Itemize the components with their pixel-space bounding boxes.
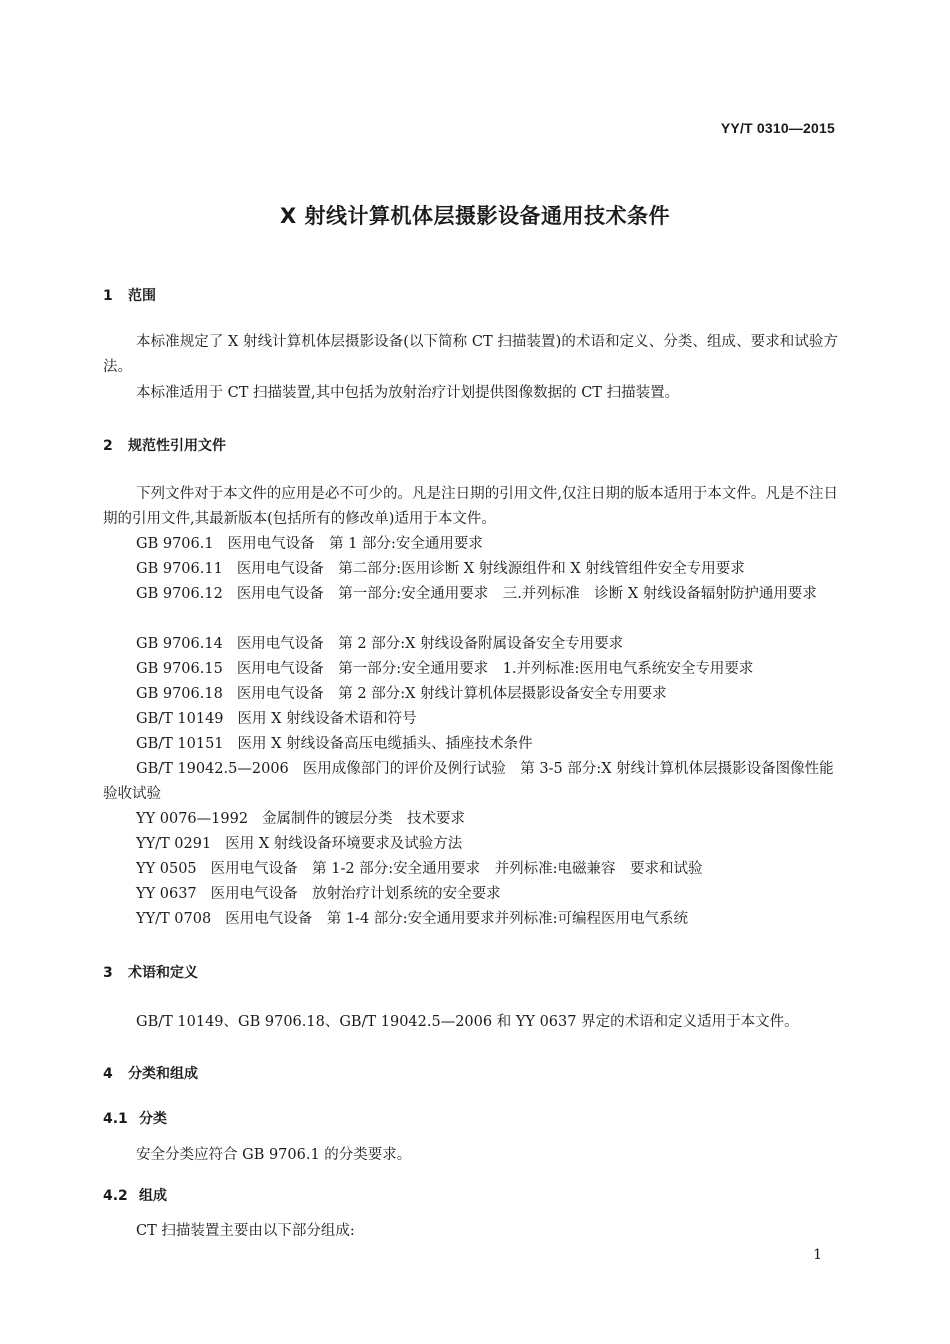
section-title: 范围 xyxy=(128,288,156,304)
reference-item: YY/T 0708医用电气设备 第 1-4 部分:安全通用要求并列标准:可编程医… xyxy=(103,907,838,932)
reference-item: GB 9706.1医用电气设备 第 1 部分:安全通用要求 xyxy=(103,532,838,557)
reference-title: 医用电气设备 第 1-2 部分:安全通用要求 并列标准:电磁兼容 要求和试验 xyxy=(211,861,703,877)
reference-item: YY 0637医用电气设备 放射治疗计划系统的安全要求 xyxy=(103,882,838,907)
reference-title: 医用 X 射线设备环境要求及试验方法 xyxy=(225,836,462,852)
reference-code: YY/T 0708 xyxy=(136,911,211,927)
reference-code: GB 9706.12 xyxy=(136,586,223,602)
reference-code: GB/T 10149 xyxy=(136,711,224,727)
scope-paragraph-2: 本标准适用于 CT 扫描装置,其中包括为放射治疗计划提供图像数据的 CT 扫描装… xyxy=(103,381,838,406)
composition-paragraph: CT 扫描装置主要由以下部分组成: xyxy=(103,1219,838,1244)
scope-paragraph-1: 本标准规定了 X 射线计算机体层摄影设备(以下简称 CT 扫描装置)的术语和定义… xyxy=(103,330,838,380)
section-number: 4 xyxy=(103,1066,128,1082)
reference-code: GB 9706.1 xyxy=(136,536,214,552)
reference-title: 医用电气设备 第 2 部分:X 射线设备附属设备安全专用要求 xyxy=(237,636,623,652)
reference-code: GB 9706.18 xyxy=(136,686,223,702)
section-number: 1 xyxy=(103,288,128,304)
section-number: 3 xyxy=(103,965,128,981)
reference-title: 医用电气设备 第 2 部分:X 射线计算机体层摄影设备安全专用要求 xyxy=(237,686,667,702)
reference-code: GB 9706.15 xyxy=(136,661,223,677)
classification-paragraph: 安全分类应符合 GB 9706.1 的分类要求。 xyxy=(103,1143,838,1168)
section-title: 分类 xyxy=(139,1111,167,1127)
terms-paragraph: GB/T 10149、GB 9706.18、GB/T 19042.5—2006 … xyxy=(103,1010,838,1035)
reference-item: GB 9706.11医用电气设备 第二部分:医用诊断 X 射线源组件和 X 射线… xyxy=(103,557,838,582)
section-2-heading: 2规范性引用文件 xyxy=(103,435,226,455)
reference-item: YY/T 0291医用 X 射线设备环境要求及试验方法 xyxy=(103,832,838,857)
document-title: X 射线计算机体层摄影设备通用技术条件 xyxy=(0,200,950,230)
page-number: 1 xyxy=(813,1247,822,1263)
section-title: 组成 xyxy=(139,1188,167,1204)
section-4-2-heading: 4.2组成 xyxy=(103,1185,167,1205)
reference-title: 医用电气设备 放射治疗计划系统的安全要求 xyxy=(211,886,501,902)
reference-item: GB/T 19042.5—2006医用成像部门的评价及例行试验 第 3-5 部分… xyxy=(103,757,838,807)
section-title: 规范性引用文件 xyxy=(128,438,226,454)
reference-title: 金属制件的镀层分类 技术要求 xyxy=(262,811,465,827)
reference-item: YY 0505医用电气设备 第 1-2 部分:安全通用要求 并列标准:电磁兼容 … xyxy=(103,857,838,882)
reference-code: GB/T 10151 xyxy=(136,736,224,752)
section-4-1-heading: 4.1分类 xyxy=(103,1108,167,1128)
reference-item: GB 9706.18医用电气设备 第 2 部分:X 射线计算机体层摄影设备安全专… xyxy=(103,682,838,707)
section-title: 术语和定义 xyxy=(128,965,198,981)
reference-title: 医用电气设备 第 1 部分:安全通用要求 xyxy=(228,536,483,552)
section-4-heading: 4分类和组成 xyxy=(103,1063,198,1083)
section-number: 2 xyxy=(103,438,128,454)
references-intro: 下列文件对于本文件的应用是必不可少的。凡是注日期的引用文件,仅注日期的版本适用于… xyxy=(103,482,838,532)
reference-title: 医用电气设备 第一部分:安全通用要求 三.并列标准 诊断 X 射线设备辐射防护通… xyxy=(237,586,817,602)
reference-title: 医用电气设备 第一部分:安全通用要求 1.并列标准:医用电气系统安全专用要求 xyxy=(237,661,754,677)
reference-item: GB/T 10151医用 X 射线设备高压电缆插头、插座技术条件 xyxy=(103,732,838,757)
reference-item: GB/T 10149医用 X 射线设备术语和符号 xyxy=(103,707,838,732)
section-title: 分类和组成 xyxy=(128,1066,198,1082)
reference-title: 医用电气设备 第二部分:医用诊断 X 射线源组件和 X 射线管组件安全专用要求 xyxy=(237,561,745,577)
reference-title: 医用 X 射线设备术语和符号 xyxy=(238,711,417,727)
section-number: 4.1 xyxy=(103,1111,139,1127)
section-number: 4.2 xyxy=(103,1188,139,1204)
reference-code: GB/T 19042.5—2006 xyxy=(136,761,289,777)
reference-item: GB 9706.15医用电气设备 第一部分:安全通用要求 1.并列标准:医用电气… xyxy=(103,657,838,682)
reference-code: YY 0505 xyxy=(136,861,197,877)
reference-item: YY 0076—1992金属制件的镀层分类 技术要求 xyxy=(103,807,838,832)
reference-code: YY 0637 xyxy=(136,886,197,902)
reference-code: GB 9706.14 xyxy=(136,636,223,652)
reference-title: 医用 X 射线设备高压电缆插头、插座技术条件 xyxy=(238,736,533,752)
reference-code: GB 9706.11 xyxy=(136,561,223,577)
standard-code: YY/T 0310—2015 xyxy=(721,120,835,136)
section-1-heading: 1范围 xyxy=(103,285,156,305)
reference-code: YY/T 0291 xyxy=(136,836,211,852)
reference-code: YY 0076—1992 xyxy=(136,811,248,827)
section-3-heading: 3术语和定义 xyxy=(103,962,198,982)
reference-item: GB 9706.12医用电气设备 第一部分:安全通用要求 三.并列标准 诊断 X… xyxy=(103,582,838,607)
reference-title: 医用电气设备 第 1-4 部分:安全通用要求并列标准:可编程医用电气系统 xyxy=(225,911,688,927)
reference-item: GB 9706.14医用电气设备 第 2 部分:X 射线设备附属设备安全专用要求 xyxy=(103,632,838,657)
